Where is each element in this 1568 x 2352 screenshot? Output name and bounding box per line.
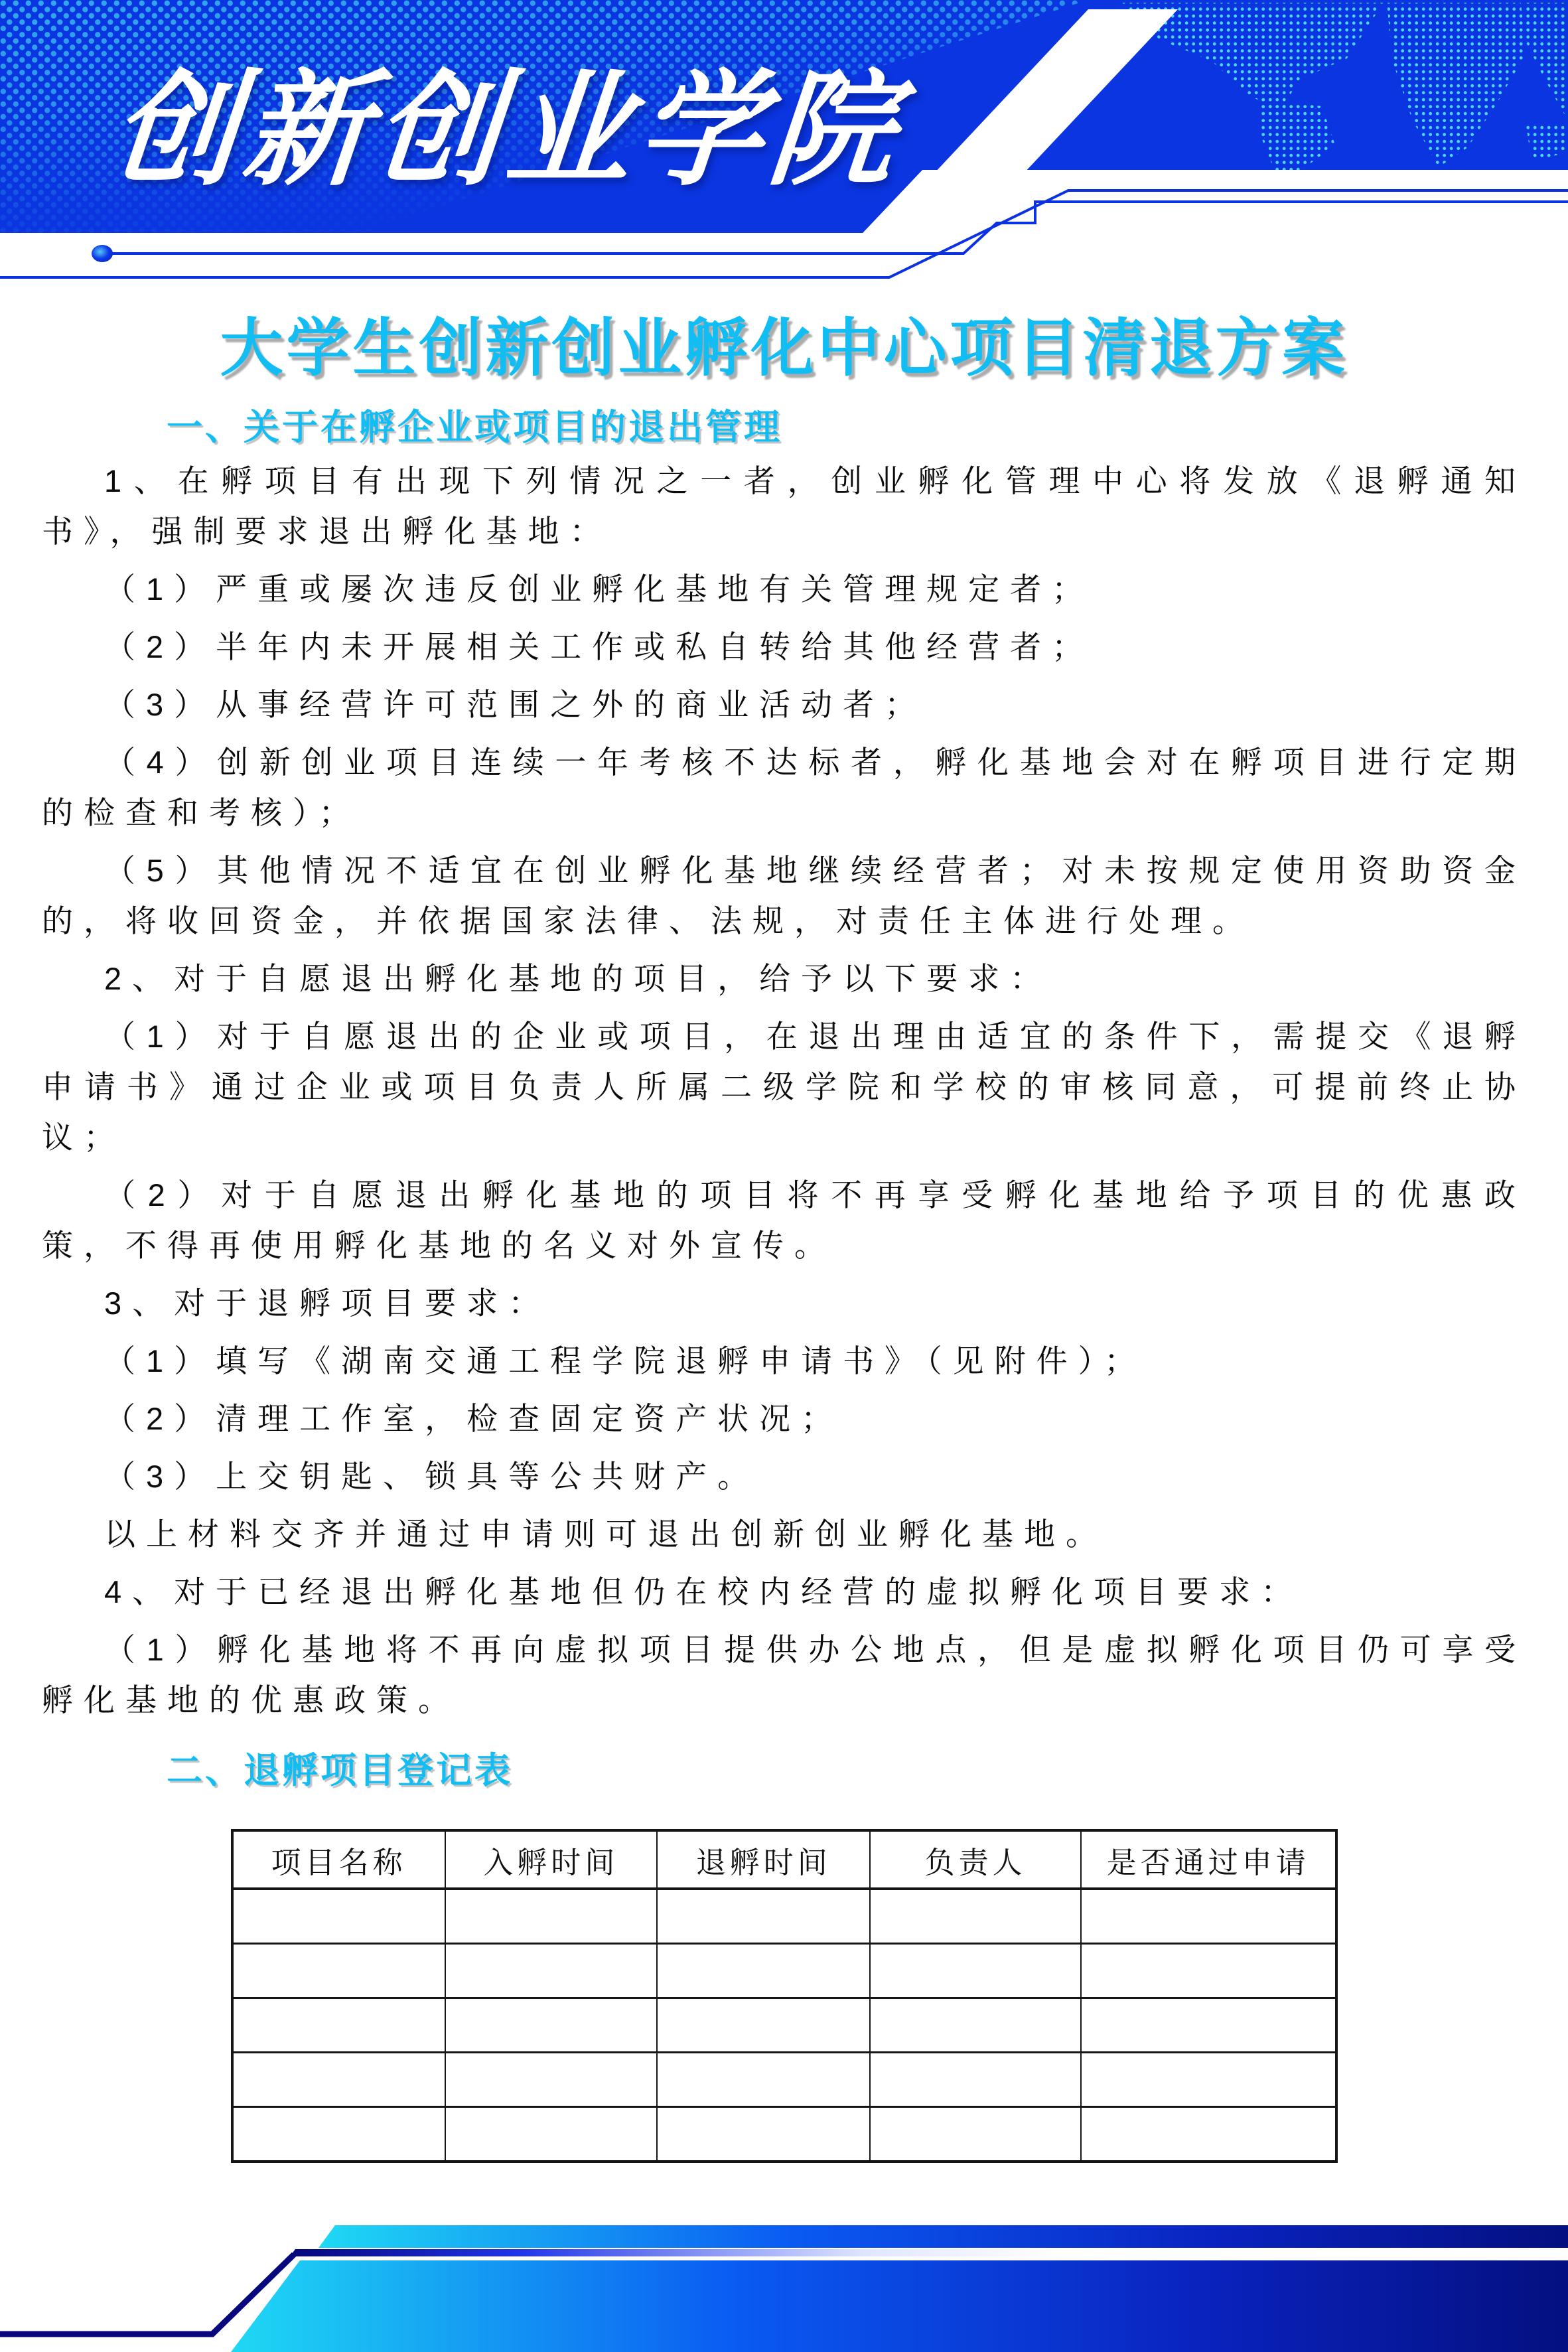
table-cell xyxy=(445,2053,657,2107)
table-cell xyxy=(657,2053,870,2107)
table-cell xyxy=(1081,1944,1336,1998)
paragraph: 4、对于已经退出孵化基地但仍在校内经营的虚拟孵化项目要求： xyxy=(42,1567,1526,1617)
table-cell xyxy=(232,2107,445,2162)
paragraph: （4）创新创业项目连续一年考核不达标者，孵化基地会对在孵项目进行定期的检查和考核… xyxy=(42,737,1526,838)
table-cell xyxy=(870,1944,1081,1998)
table-cell xyxy=(445,1889,657,1944)
paragraph: （3）上交钥匙、锁具等公共财产。 xyxy=(42,1451,1526,1502)
section-1-heading: 一、关于在孵企业或项目的退出管理 xyxy=(42,406,1526,449)
paragraph: （3）从事经营许可范围之外的商业活动者； xyxy=(42,680,1526,730)
paragraph: （1）严重或屡次违反创业孵化基地有关管理规定者； xyxy=(42,564,1526,615)
table-cell xyxy=(445,1944,657,1998)
table-cell xyxy=(870,2107,1081,2162)
paragraph: 以上材料交齐并通过申请则可退出创新创业孵化基地。 xyxy=(42,1509,1526,1560)
table-cell xyxy=(657,1889,870,1944)
table-cell xyxy=(1081,1998,1336,2053)
table-header-cell: 入孵时间 xyxy=(445,1830,657,1889)
table-row xyxy=(232,2053,1336,2107)
footer-decoration xyxy=(0,2219,1568,2352)
paragraph: （1）孵化基地将不再向虚拟项目提供办公地点，但是虚拟孵化项目仍可享受孵化基地的优… xyxy=(42,1625,1526,1726)
footer-main-band xyxy=(231,2260,1568,2352)
table-cell xyxy=(870,2053,1081,2107)
paragraph: （5）其他情况不适宜在创业孵化基地继续经营者；对未按规定使用资助资金的，将收回资… xyxy=(42,845,1526,946)
footer-outline-line xyxy=(0,2254,294,2334)
table-cell xyxy=(232,1998,445,2053)
table-cell xyxy=(232,2053,445,2107)
section-2-heading: 二、退孵项目登记表 xyxy=(42,1749,1526,1792)
table-cell xyxy=(445,1998,657,2053)
table-header-row: 项目名称 入孵时间 退孵时间 负责人 是否通过申请 xyxy=(232,1830,1336,1889)
footer-banner xyxy=(0,2219,1568,2352)
paragraph: 1、在孵项目有出现下列情况之一者，创业孵化管理中心将发放《退孵通知书》，强制要求… xyxy=(42,456,1526,557)
table-row xyxy=(232,2107,1336,2162)
registration-table: 项目名称 入孵时间 退孵时间 负责人 是否通过申请 xyxy=(231,1829,1338,2163)
document-title: 大学生创新创业孵化中心项目清退方案 xyxy=(42,307,1526,390)
document-body: 大学生创新创业孵化中心项目清退方案 一、关于在孵企业或项目的退出管理 1、在孵项… xyxy=(42,0,1526,2163)
table-cell xyxy=(657,1944,870,1998)
table-cell xyxy=(232,1889,445,1944)
paragraph: （2）半年内未开展相关工作或私自转给其他经营者； xyxy=(42,622,1526,672)
paragraph: （1）对于自愿退出的企业或项目，在退出理由适宜的条件下，需提交《退孵申请书》通过… xyxy=(42,1011,1526,1163)
paragraph: （1）填写《湖南交通工程学院退孵申请书》（见附件）； xyxy=(42,1336,1526,1386)
table-cell xyxy=(657,1998,870,2053)
footer-top-strip xyxy=(319,2225,1568,2248)
table-row xyxy=(232,1944,1336,1998)
footer-navy-line xyxy=(290,2249,1568,2256)
table-cell xyxy=(445,2107,657,2162)
table-row xyxy=(232,1889,1336,1944)
table-header-cell: 负责人 xyxy=(870,1830,1081,1889)
table-header-cell: 是否通过申请 xyxy=(1081,1830,1336,1889)
paragraph: 2、对于自愿退出孵化基地的项目，给予以下要求： xyxy=(42,954,1526,1004)
paragraph: （2）清理工作室，检查固定资产状况； xyxy=(42,1394,1526,1444)
table-row xyxy=(232,1998,1336,2053)
table-header-cell: 项目名称 xyxy=(232,1830,445,1889)
table-cell xyxy=(657,2107,870,2162)
paragraph: （2）对于自愿退出孵化基地的项目将不再享受孵化基地给予项目的优惠政策，不得再使用… xyxy=(42,1170,1526,1271)
table-cell xyxy=(232,1944,445,1998)
poster-page: 创新创业学院 大学生创新创业孵化中心项目清退方案 一、关于在孵企业或项目的退出管… xyxy=(0,0,1568,2352)
table-cell xyxy=(870,1889,1081,1944)
table-cell xyxy=(1081,2053,1336,2107)
table-header-cell: 退孵时间 xyxy=(657,1830,870,1889)
table-cell xyxy=(870,1998,1081,2053)
table-cell xyxy=(1081,1889,1336,1944)
paragraph: 3、对于退孵项目要求： xyxy=(42,1278,1526,1329)
table-cell xyxy=(1081,2107,1336,2162)
